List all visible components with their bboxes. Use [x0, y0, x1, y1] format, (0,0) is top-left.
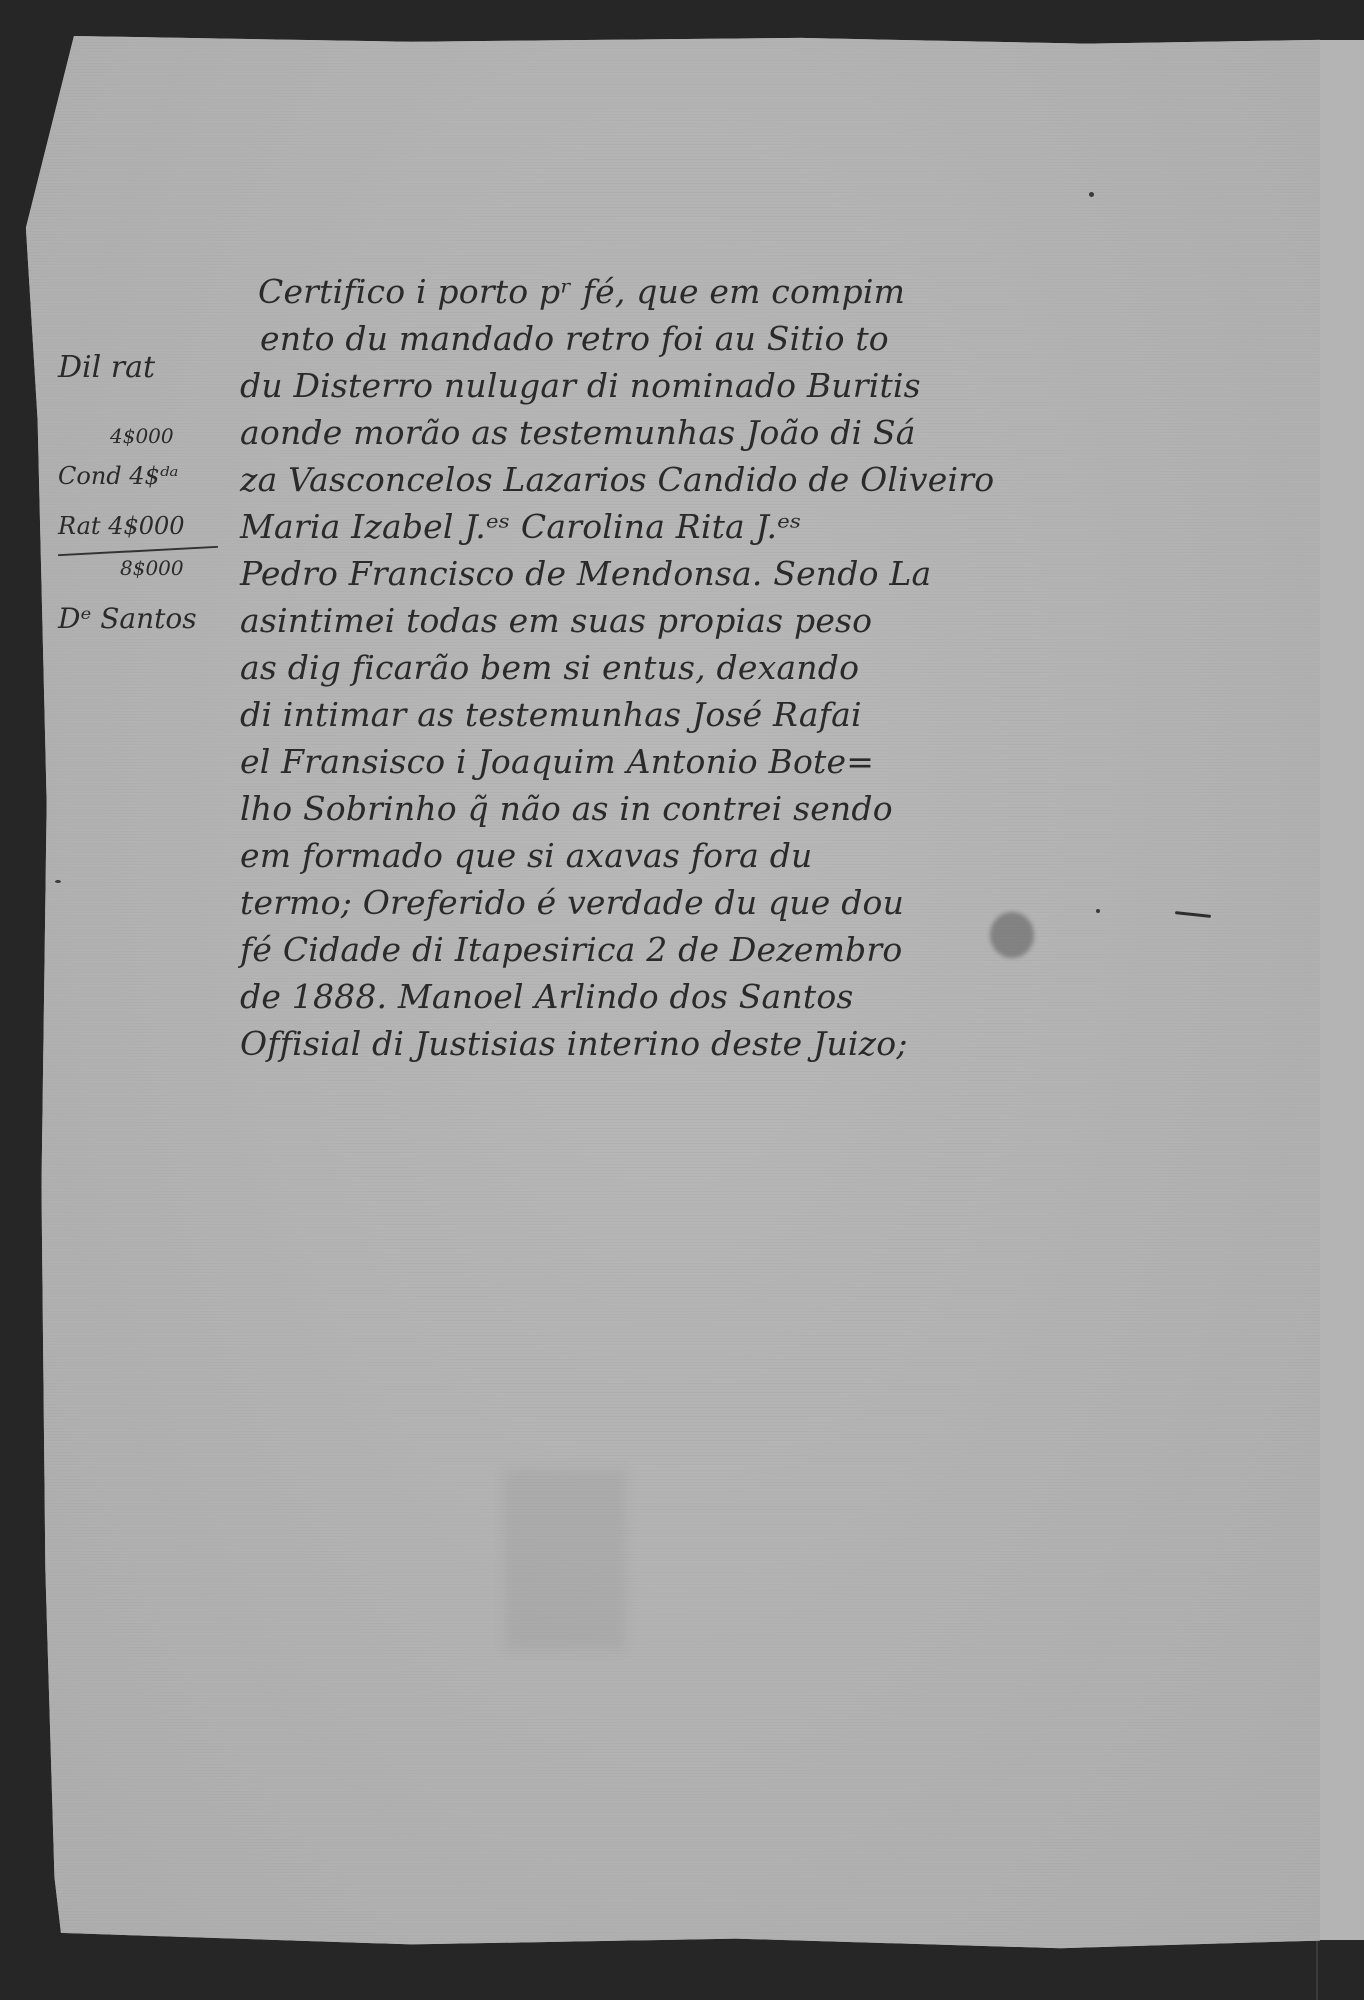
margin-rat: Rat 4$000 — [58, 512, 228, 540]
body-line: Pedro Francisco de Mendonsa. Sendo La — [240, 550, 1100, 597]
body-line: asintimei todas em suas propias peso — [240, 597, 1100, 644]
body-line: du Disterro nulugar di nominado Buritis — [240, 362, 1100, 409]
body-line: em formado que si axavas fora du — [240, 832, 1100, 879]
body-line: za Vasconcelos Lazarios Candido de Olive… — [240, 456, 1100, 503]
adjacent-page-edge — [1318, 40, 1364, 1940]
body-line: di intimar as testemunhas José Rafai — [240, 691, 1100, 738]
margin-certidao: Cond 4$ᵈᵃ — [58, 462, 228, 490]
body-line: as dig ficarão bem si entus, dexando — [240, 644, 1100, 691]
body-line: aonde morão as testemunhas João di Sá — [240, 409, 1100, 456]
paper-discoloration — [505, 1470, 625, 1650]
body-line: lho Sobrinho q̃ não as in contrei sendo — [240, 785, 1100, 832]
paper-speck — [55, 880, 61, 883]
body-line: fé Cidade di Itapesirica 2 de Dezembro — [240, 926, 1100, 973]
body-line: Maria Izabel J.ᵉˢ Carolina Rita J.ᵉˢ — [240, 503, 1100, 550]
margin-note-signature: Dᵉ Santos — [58, 602, 228, 635]
margin-signature: Dᵉ Santos — [58, 602, 228, 635]
certificate-body: Certifico i porto pʳ fé, que em compim e… — [240, 268, 1100, 1067]
body-line: Offisial di Justisias interino deste Jui… — [240, 1020, 1100, 1067]
body-line: Certifico i porto pʳ fé, que em compim — [240, 268, 1100, 315]
body-line: el Fransisco i Joaquim Antonio Bote= — [240, 738, 1100, 785]
margin-dil-rat: Dil rat — [58, 350, 228, 385]
margin-note-cond: Cond 4$ᵈᵃ — [58, 462, 228, 490]
margin-note-dil-rat: Dil rat — [58, 350, 228, 385]
paper-speck — [1089, 192, 1094, 197]
margin-note-rat: Rat 4$000 — [58, 512, 228, 540]
body-line: ento du mandado retro foi au Sitio to — [240, 315, 1100, 362]
body-line: de 1888. Manoel Arlindo dos Santos — [240, 973, 1100, 1020]
body-line: termo; Oreferido é verdade du que dou — [240, 879, 1100, 926]
